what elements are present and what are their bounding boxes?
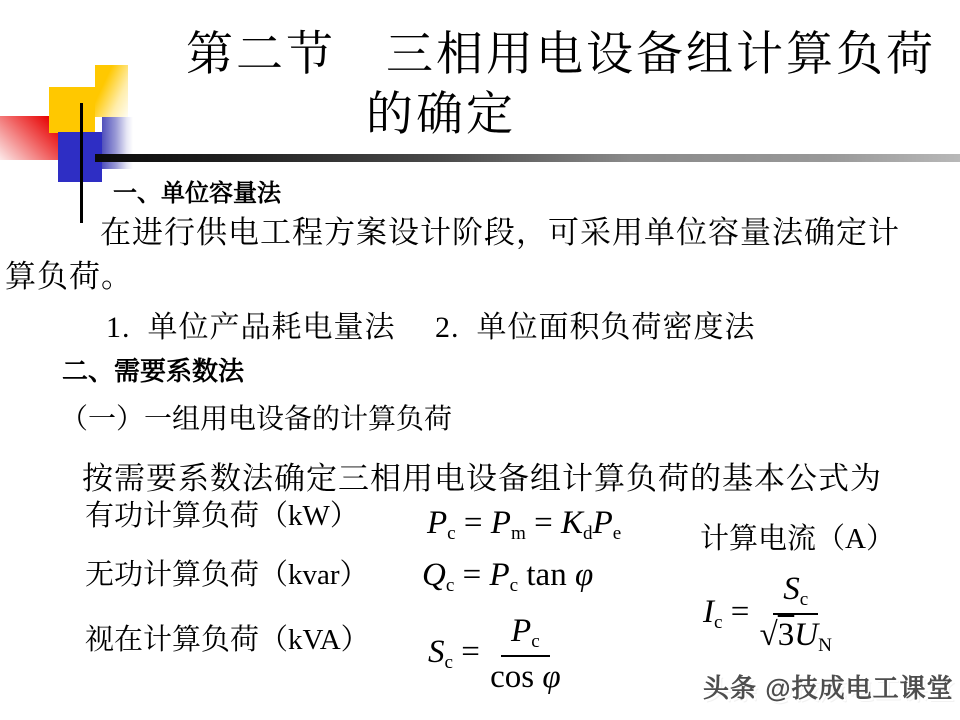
paragraph-line-1: 在进行供电工程方案设计阶段，可采用单位容量法确定计 xyxy=(100,217,900,248)
section-heading-demand-factor: 二、需要系数法 xyxy=(62,358,244,384)
subsection-heading: （一）一组用电设备的计算负荷 xyxy=(60,406,452,434)
label-apparent-power: 视在计算负荷（kVA） xyxy=(85,626,370,655)
page-title-line-2: 的确定 xyxy=(366,92,516,139)
watermark: 头条 @技成电工课堂 xyxy=(703,675,954,701)
formula-apparent-power: Sc = Pccos φ xyxy=(428,614,563,695)
formula-reactive-power: Qc = Pc tan φ xyxy=(422,558,593,596)
deco-vertical-line xyxy=(80,103,83,223)
title-divider-rule xyxy=(95,154,960,162)
methods-list-line: 1. 单位产品耗电量法 2. 单位面积负荷密度法 xyxy=(106,313,756,343)
section-heading-unit-capacity: 一、单位容量法 xyxy=(113,182,281,206)
paragraph-line-2: 算负荷。 xyxy=(5,261,133,292)
deco-yellow-square xyxy=(49,87,95,133)
page-title-line-1: 第二节 三相用电设备组计算负荷 xyxy=(186,32,936,79)
formula-intro-line: 按需要系数法确定三相用电设备组计算负荷的基本公式为 xyxy=(82,463,882,494)
formula-active-power: Pc = Pm = KdPe xyxy=(427,506,621,544)
label-reactive-power: 无功计算负荷（kvar） xyxy=(85,561,369,590)
deco-yellow-gradient-block xyxy=(95,65,128,117)
label-active-power: 有功计算负荷（kW） xyxy=(85,502,359,531)
label-calc-current: 计算电流（A） xyxy=(700,525,895,554)
slide-canvas: 第二节 三相用电设备组计算负荷 的确定 一、单位容量法 在进行供电工程方案设计阶… xyxy=(0,0,960,720)
formula-calc-current: Ic = Sc√3UN xyxy=(703,572,834,656)
